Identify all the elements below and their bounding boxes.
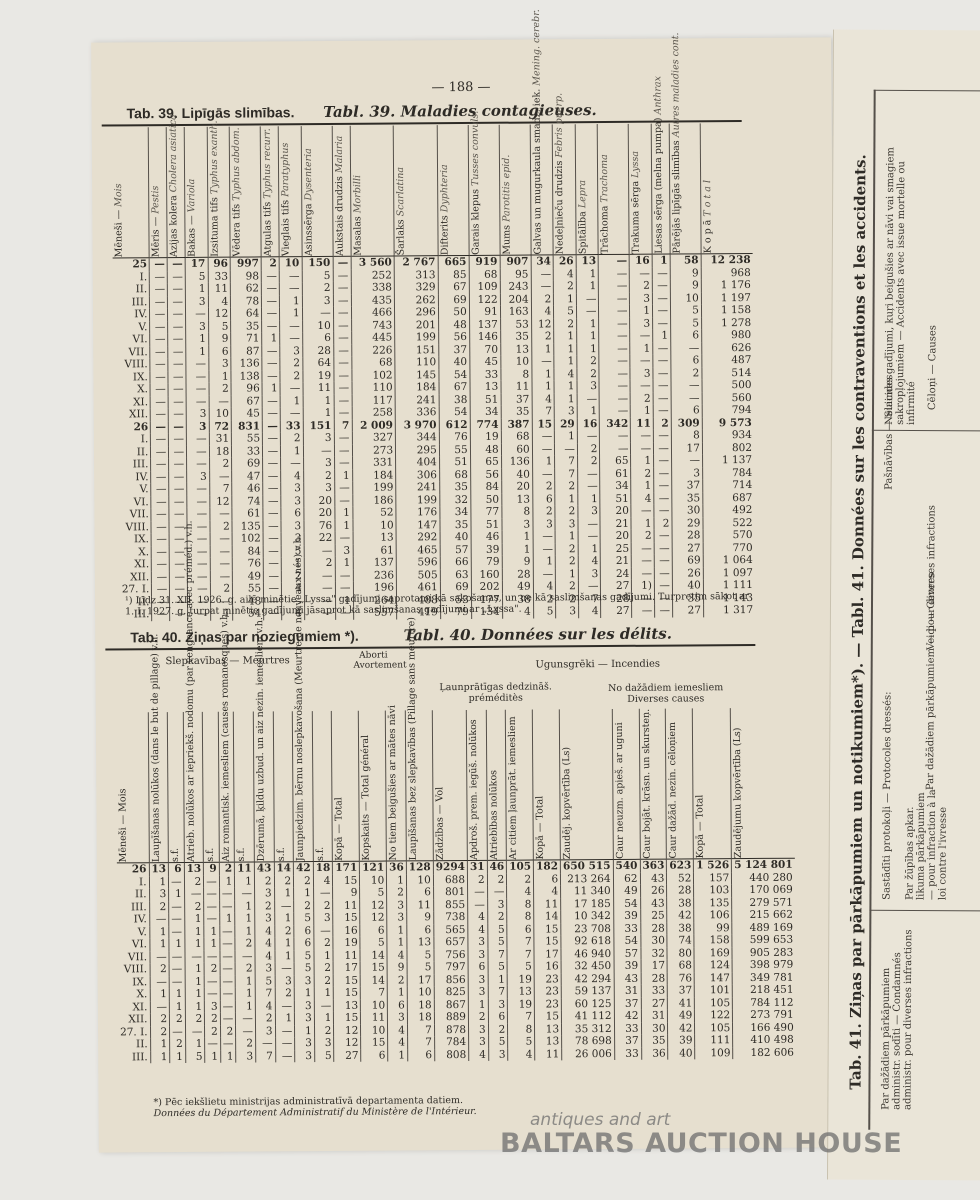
- table-cell: 111: [695, 1034, 733, 1047]
- table-cell: —: [280, 332, 303, 345]
- table-cell: —: [209, 395, 232, 408]
- table40-column-header: Caur bojāt. krāsn. un skursteņ.: [639, 709, 667, 860]
- table-cell: 1: [577, 343, 600, 356]
- table-cell: —: [599, 317, 630, 330]
- column-label: Atriebības nolūkos: [488, 710, 499, 860]
- table-cell: 3: [281, 482, 304, 495]
- table-cell: —: [168, 333, 186, 346]
- table41-header-accidents: Nelaimes gadījumi, kuŗi beigušies ar nāv…: [884, 125, 919, 425]
- table-cell: 1: [281, 445, 304, 458]
- table-cell: 2: [255, 900, 275, 913]
- table-cell: —: [653, 342, 671, 355]
- table-cell: 3: [281, 495, 304, 508]
- table-cell: —: [204, 913, 220, 926]
- table40-column-header: Mēneši — Mois: [116, 712, 149, 863]
- table-cell: 7: [555, 468, 578, 481]
- column-label-lv: Šarlaks: [396, 219, 407, 255]
- table-cell: 3: [186, 408, 209, 421]
- row-month: IV.: [117, 913, 149, 926]
- table-cell: 1 176: [701, 279, 753, 292]
- table-cell: —: [170, 1025, 186, 1038]
- table-cell: 1: [185, 1038, 205, 1051]
- table-cell: —: [205, 1038, 221, 1051]
- table-cell: 336: [395, 406, 439, 419]
- table-cell: 17 185: [561, 897, 614, 910]
- table-cell: 147: [396, 519, 440, 532]
- table-cell: 1: [532, 368, 555, 381]
- table-cell: 39: [614, 960, 641, 973]
- table-cell: 3: [487, 898, 507, 911]
- table-cell: 4: [578, 555, 601, 568]
- table-cell: —: [264, 570, 282, 583]
- table-cell: 19: [507, 973, 534, 986]
- table-cell: 18: [313, 861, 333, 874]
- table-cell: 7: [407, 1024, 434, 1037]
- table-cell: —: [335, 582, 353, 595]
- table-cell: 2: [302, 282, 333, 295]
- table-cell: 13: [334, 999, 361, 1012]
- table41-rule: [874, 90, 980, 92]
- table-cell: —: [263, 520, 281, 533]
- table-cell: 106: [694, 909, 732, 922]
- table-cell: 1: [576, 268, 599, 281]
- table-cell: —: [262, 370, 280, 383]
- table-cell: —: [333, 344, 351, 357]
- table-cell: 784 112: [733, 996, 796, 1009]
- table-cell: 5: [487, 923, 507, 936]
- table-cell: —: [653, 367, 671, 380]
- table41-frame-rule: [868, 90, 875, 1130]
- table-cell: 6: [407, 924, 434, 937]
- table-cell: 117: [352, 394, 396, 407]
- table-cell: —: [275, 1037, 295, 1050]
- table-cell: 4: [255, 950, 275, 963]
- table40-column-header: Kopskaits — Total général: [359, 711, 387, 862]
- table39-column-header: Atgulas tifs Typhus recurr.: [260, 126, 279, 257]
- table-cell: 1: [262, 382, 280, 395]
- table-cell: —: [150, 308, 168, 321]
- table-cell: 124: [694, 959, 732, 972]
- table40-column-header: Atrieb. nolūkos ar iepriekš. nodomu (par…: [183, 712, 204, 863]
- table-cell: 80: [667, 947, 694, 960]
- table-cell: —: [334, 369, 352, 382]
- table-cell: 1: [502, 531, 533, 544]
- table-cell: 84: [470, 481, 501, 494]
- table-cell: —: [600, 405, 631, 418]
- table-cell: 11: [208, 283, 231, 296]
- table-cell: 109: [695, 1047, 733, 1060]
- table-cell: 50: [438, 306, 469, 319]
- table-cell: —: [187, 458, 210, 471]
- table-cell: 1: [170, 1050, 186, 1063]
- watermark-line2: BALTARS AUCTION HOUSE: [500, 1128, 902, 1159]
- table-cell: 2: [170, 1013, 186, 1026]
- table40-title-lv: Tab. 40. Ziņas par noziegumiem *).: [130, 628, 359, 646]
- table-cell: 5: [488, 936, 508, 949]
- table-cell: —: [235, 950, 255, 963]
- table-cell: 273: [352, 444, 396, 457]
- table-cell: 1: [169, 988, 185, 1001]
- table-cell: 49: [502, 581, 533, 594]
- table-cell: —: [184, 888, 204, 901]
- table-cell: 2: [170, 1038, 186, 1051]
- table-cell: 3: [255, 912, 275, 925]
- table-cell: 39: [471, 543, 502, 556]
- table-cell: —: [262, 295, 280, 308]
- table-cell: 33: [613, 922, 640, 935]
- table-cell: 76: [232, 557, 263, 570]
- table-cell: —: [578, 580, 601, 593]
- table-cell: 296: [395, 306, 439, 319]
- table-cell: —: [533, 530, 556, 543]
- table-cell: 37: [672, 479, 703, 492]
- table-cell: —: [168, 408, 186, 421]
- table-cell: 2: [304, 557, 335, 570]
- table-cell: 997: [230, 257, 261, 270]
- table-cell: 3: [303, 457, 334, 470]
- table-cell: 1: [149, 926, 169, 939]
- column-label: Kopskaits — Total général: [361, 711, 372, 861]
- table39-contagious-diseases: Mēneši — MoisMēris — PestisAzijas kolera…: [112, 123, 755, 621]
- table-cell: —: [187, 495, 210, 508]
- table-cell: 14: [534, 910, 561, 923]
- table-cell: 34: [531, 255, 554, 268]
- table-cell: 657: [434, 936, 468, 949]
- group-premedites: Ļaunprātīgas dedzināš. préméditès: [436, 681, 556, 704]
- table-cell: 96: [208, 257, 231, 270]
- column-label-lv: Galvas un mugurkaula smadz. iek.: [531, 89, 543, 255]
- table-cell: —: [599, 254, 630, 267]
- table-cell: 570: [703, 529, 755, 542]
- table-cell: 934: [702, 429, 754, 442]
- table-cell: 522: [703, 516, 755, 529]
- table-cell: —: [168, 320, 186, 333]
- table-cell: 15: [532, 418, 555, 431]
- column-label: Caur bojāt. krāsn. un skursteņ.: [641, 709, 652, 859]
- table-cell: 3: [303, 482, 334, 495]
- table-cell: 17: [333, 962, 360, 975]
- table-cell: 9 573: [702, 416, 754, 429]
- table-cell: 2: [555, 480, 578, 493]
- table39-column-header: Vieglais tifs Paratyphus: [278, 126, 302, 257]
- table-cell: 5: [554, 305, 577, 318]
- table-cell: 13: [502, 493, 533, 506]
- table-cell: 11: [535, 1048, 562, 1061]
- table-cell: 2: [184, 875, 204, 888]
- table-cell: 1: [274, 887, 294, 900]
- table-cell: 58: [670, 254, 701, 267]
- table-cell: —: [653, 430, 671, 443]
- table-cell: 2: [280, 370, 303, 383]
- table39-column-header: Liesas sērga (melna pumpa) Anthrax: [651, 124, 670, 255]
- table-cell: 13: [576, 255, 599, 268]
- table-cell: 1: [314, 1012, 334, 1025]
- table-cell: 26: [553, 255, 576, 268]
- table-cell: 76: [439, 431, 470, 444]
- table-cell: 2: [313, 899, 333, 912]
- table-cell: 26 006: [562, 1047, 615, 1060]
- table-cell: 186: [352, 494, 396, 507]
- table-cell: 514: [702, 366, 754, 379]
- column-label: Zaudējumu kopvērtība (Ls): [733, 708, 744, 858]
- table-cell: 17: [407, 974, 434, 987]
- table-cell: 3: [186, 320, 209, 333]
- table-cell: 67: [439, 381, 470, 394]
- table-cell: 72: [209, 420, 232, 433]
- table-cell: 2: [254, 875, 274, 888]
- table40-column-header: s.f.: [234, 711, 255, 862]
- table-cell: 1: [576, 318, 599, 331]
- table-cell: 46: [471, 531, 502, 544]
- table-cell: 64: [303, 357, 334, 370]
- table-cell: —: [600, 430, 631, 443]
- table-cell: 12: [334, 1037, 361, 1050]
- table-cell: 31: [467, 860, 487, 873]
- table40-column-header: Laupīšanas bez slepkavības (Pillage sans…: [405, 710, 433, 861]
- table-cell: 2: [577, 443, 600, 456]
- table-cell: 2: [387, 886, 407, 899]
- table-cell: 5: [407, 961, 434, 974]
- table-cell: 201: [395, 319, 439, 332]
- table-cell: —: [275, 962, 295, 975]
- column-label: Zaudēj. kopvērtība (Ls): [562, 709, 573, 859]
- table39-column-header: Garais klepus Tusses convuls.: [468, 125, 500, 256]
- table-cell: 3: [185, 295, 208, 308]
- table-cell: 226: [351, 344, 395, 357]
- table-cell: 2: [205, 1025, 221, 1038]
- table-cell: —: [185, 950, 205, 963]
- table-cell: —: [168, 370, 186, 383]
- table-cell: 13: [407, 936, 434, 949]
- table-cell: —: [264, 582, 282, 595]
- table39-column-header: Mums Parotitis epid.: [499, 125, 531, 256]
- column-label-fr: Morbilli: [352, 175, 363, 213]
- table-cell: 5: [302, 269, 333, 282]
- table-cell: —: [487, 886, 507, 899]
- table-cell: —: [599, 292, 630, 305]
- table39-column-header: Trakuma sērga Lyssa: [629, 124, 653, 255]
- table-cell: 6: [532, 493, 555, 506]
- table-cell: 4: [208, 295, 231, 308]
- table-cell: 66: [440, 556, 471, 569]
- table-cell: 1: [578, 543, 601, 556]
- table-cell: 184: [352, 469, 396, 482]
- table-cell: —: [204, 975, 220, 988]
- table-cell: —: [151, 421, 169, 434]
- table-cell: 2: [294, 875, 314, 888]
- table-cell: 37: [614, 997, 641, 1010]
- table-cell: 2: [632, 530, 655, 543]
- table-cell: 492: [703, 504, 755, 517]
- column-label-lv: Liesas sērga (melna pumpa): [653, 118, 665, 254]
- table-cell: 1): [632, 580, 655, 593]
- table-cell: 4: [507, 886, 534, 899]
- table-cell: 12: [360, 912, 387, 925]
- table-cell: —: [263, 457, 281, 470]
- table-cell: 9: [502, 556, 533, 569]
- table41-title: Tab. 41. Ziņas par pārkāpumiem un notiku…: [846, 154, 869, 1089]
- table-cell: 39: [613, 910, 640, 923]
- row-month: 27. I.: [115, 583, 152, 596]
- table-cell: 17: [641, 960, 668, 973]
- table41-rule: [869, 910, 980, 912]
- table-cell: —: [576, 293, 599, 306]
- table-cell: —: [313, 887, 333, 900]
- table-cell: 465: [396, 544, 440, 557]
- table-cell: 10: [279, 257, 302, 270]
- table-cell: 138: [231, 370, 262, 383]
- table-cell: 2: [387, 974, 407, 987]
- row-month: VIII.: [113, 358, 150, 371]
- table-cell: —: [169, 900, 185, 913]
- table-cell: —: [532, 468, 555, 481]
- table39-column-header: Masalas Morbilli: [350, 125, 395, 256]
- table-cell: 831: [232, 420, 263, 433]
- table-cell: 2: [532, 480, 555, 493]
- table-cell: 258: [352, 406, 396, 419]
- table-cell: 1: [531, 343, 554, 356]
- table-cell: —: [210, 570, 233, 583]
- table-cell: 1: [488, 973, 508, 986]
- table-cell: 241: [396, 481, 440, 494]
- table39-column-header: Galvas un mugurkaula smadz. iek. Mening.…: [530, 124, 554, 255]
- table-cell: —: [654, 455, 672, 468]
- table-cell: 27: [641, 997, 668, 1010]
- table-cell: 76: [304, 519, 335, 532]
- table-cell: —: [263, 545, 281, 558]
- table-cell: 54: [613, 897, 640, 910]
- table-cell: 1: [235, 900, 255, 913]
- table-cell: 1: [577, 330, 600, 343]
- table-cell: 11: [501, 381, 532, 394]
- table-cell: 7: [255, 987, 275, 1000]
- table-cell: 1: [388, 1049, 408, 1062]
- column-label-lv: Atgulas tifs: [262, 202, 273, 257]
- table-cell: —: [631, 430, 654, 443]
- table-cell: 309: [671, 417, 702, 430]
- table-cell: 342: [600, 417, 631, 430]
- table-cell: 1: [150, 988, 170, 1001]
- table-cell: 19: [303, 369, 334, 382]
- table-cell: 182 606: [733, 1046, 796, 1059]
- table-cell: 1: [631, 517, 654, 530]
- table-cell: 2: [150, 1026, 170, 1039]
- table-cell: —: [151, 483, 169, 496]
- table-cell: —: [150, 396, 168, 409]
- table-cell: 34: [600, 480, 631, 493]
- table-cell: 28: [641, 972, 668, 985]
- table-cell: 46: [232, 482, 263, 495]
- table-cell: 105: [695, 997, 733, 1010]
- table-cell: 6: [361, 1049, 388, 1062]
- table-cell: 41: [668, 997, 695, 1010]
- table-cell: —: [263, 532, 281, 545]
- table-cell: 68: [469, 268, 500, 281]
- table-cell: 794: [702, 404, 754, 417]
- column-label: s.f.: [315, 711, 326, 861]
- table-cell: 1: [149, 938, 169, 951]
- column-label-lv: Difterits: [439, 215, 450, 255]
- table-cell: 306: [396, 469, 440, 482]
- row-month: II.: [118, 1038, 150, 1051]
- table-cell: —: [654, 567, 672, 580]
- table-cell: 23 708: [561, 922, 614, 935]
- table-cell: 825: [434, 986, 468, 999]
- table-cell: 262: [395, 294, 439, 307]
- table-cell: 2: [314, 937, 334, 950]
- table-cell: 2: [487, 873, 507, 886]
- table-cell: 363: [640, 859, 667, 872]
- table-cell: 84: [232, 545, 263, 558]
- table-cell: 199: [395, 331, 439, 344]
- table-cell: 331: [352, 456, 396, 469]
- table-cell: —: [151, 433, 169, 446]
- table-cell: 158: [694, 934, 732, 947]
- table-cell: 3: [468, 948, 488, 961]
- table-cell: 889: [434, 1011, 468, 1024]
- table-cell: 6: [468, 961, 488, 974]
- table-cell: 37: [438, 343, 469, 356]
- table-cell: 2: [554, 318, 577, 331]
- table-cell: —: [219, 888, 235, 901]
- table-cell: —: [333, 269, 351, 282]
- table-cell: —: [169, 445, 187, 458]
- table-cell: 17: [185, 257, 208, 270]
- table-cell: 1: [653, 330, 671, 343]
- table-cell: 3: [502, 518, 533, 531]
- table-cell: 626: [702, 341, 754, 354]
- table-cell: —: [186, 308, 209, 321]
- table-cell: 1: [184, 913, 204, 926]
- table-cell: —: [654, 555, 672, 568]
- table-cell: 3: [387, 899, 407, 912]
- table-cell: 1: [219, 913, 235, 926]
- table-cell: 623: [667, 859, 694, 872]
- table-cell: —: [599, 380, 630, 393]
- table-cell: —: [533, 568, 556, 581]
- column-label-fr: Lyssa: [630, 151, 641, 178]
- column-label-fr: Lepra: [577, 180, 588, 208]
- table-cell: 122: [469, 293, 500, 306]
- table-cell: 67: [231, 395, 262, 408]
- table-cell: —: [169, 950, 185, 963]
- table-cell: 215 662: [732, 909, 795, 922]
- table-cell: —: [577, 393, 600, 406]
- table-cell: 1 158: [701, 304, 753, 317]
- table40-column-header: Caur dažād. nezin. cēloņiem: [666, 708, 694, 859]
- table-cell: —: [334, 444, 352, 457]
- table-cell: 3: [295, 1050, 315, 1063]
- table-cell: 2: [577, 355, 600, 368]
- table-cell: 3: [281, 520, 304, 533]
- table-cell: —: [262, 345, 280, 358]
- table-cell: —: [275, 1050, 295, 1063]
- table-cell: 3: [236, 1050, 256, 1063]
- table-cell: —: [532, 430, 555, 443]
- table-cell: 6: [302, 332, 333, 345]
- table-cell: —: [671, 379, 702, 392]
- table-cell: 13: [500, 343, 531, 356]
- table-cell: 170 069: [732, 884, 795, 897]
- column-label-lv: Asinssērga: [303, 203, 314, 256]
- table-cell: 69: [232, 457, 263, 470]
- table-cell: 1: [295, 1025, 315, 1038]
- column-label-fr: Typhus recurr.: [262, 128, 273, 199]
- table-cell: 1: [554, 343, 577, 356]
- row-month: IX.: [113, 371, 150, 384]
- table-cell: —: [333, 332, 351, 345]
- table-cell: —: [302, 307, 333, 320]
